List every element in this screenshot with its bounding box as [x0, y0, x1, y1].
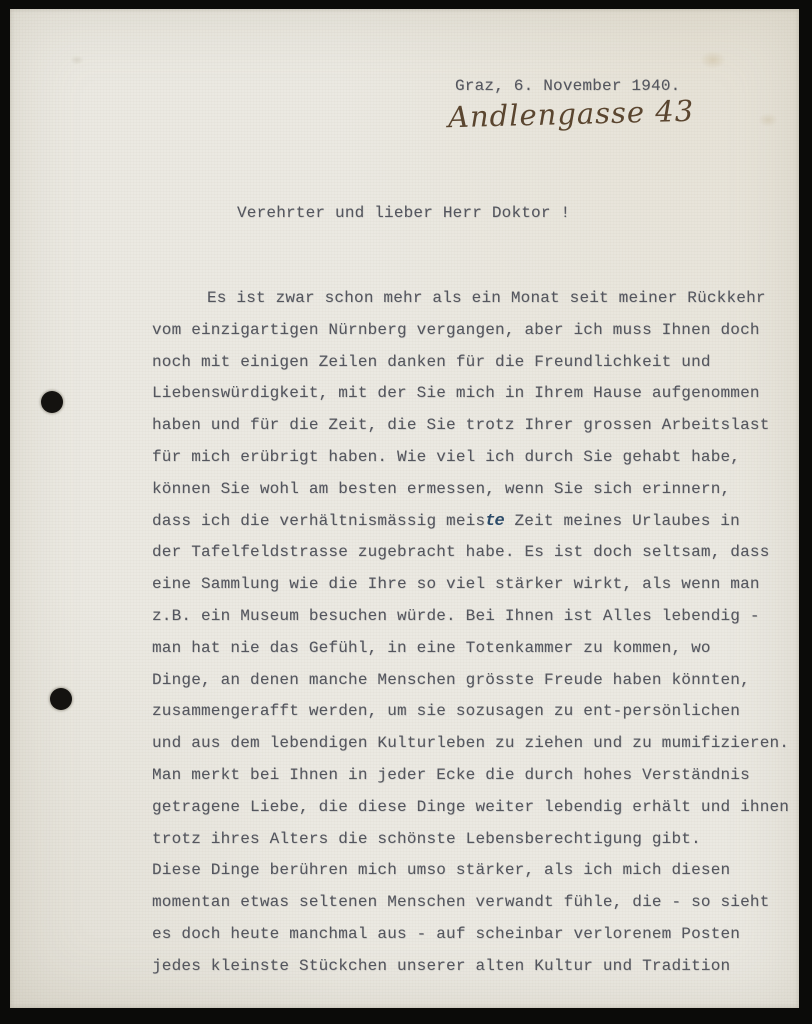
body-line: Liebenswürdigkeit, mit der Sie mich in I…	[152, 378, 802, 410]
body-line: und aus dem lebendigen Kulturleben zu zi…	[152, 728, 802, 760]
body-line: Man merkt bei Ihnen in jeder Ecke die du…	[152, 760, 802, 792]
body-line: zusammengerafft werden, um sie sozusagen…	[152, 696, 802, 728]
handwritten-address: Andlengasse 43	[448, 94, 695, 134]
body-line: haben und für die Zeit, die Sie trotz Ih…	[152, 410, 802, 442]
body-line: es doch heute manchmal aus - auf scheinb…	[152, 919, 802, 951]
ink-correction: te	[485, 512, 503, 531]
salutation: Verehrter und lieber Herr Doktor !	[237, 204, 570, 222]
body-line: für mich erübrigt haben. Wie viel ich du…	[152, 442, 802, 474]
body-line: z.B. ein Museum besuchen würde. Bei Ihne…	[152, 601, 802, 633]
body-line: eine Sammlung wie die Ihre so viel stärk…	[152, 569, 802, 601]
body-line-pre: dass ich die verhältnismässig meis	[152, 512, 485, 530]
letter-body: Es ist zwar schon mehr als ein Monat sei…	[152, 283, 802, 983]
body-line-with-correction: dass ich die verhältnismässig meiste Zei…	[152, 506, 802, 538]
punch-hole-bottom	[50, 688, 72, 710]
body-line: der Tafelfeldstrasse zugebracht habe. Es…	[152, 537, 802, 569]
body-line: noch mit einigen Zeilen danken für die F…	[152, 347, 802, 379]
body-line: momentan etwas seltenen Menschen verwand…	[152, 887, 802, 919]
body-line: jedes kleinste Stückchen unserer alten K…	[152, 951, 802, 983]
body-line: Dinge, an denen manche Menschen grösste …	[152, 665, 802, 697]
letter-scan: Graz, 6. November 1940. Andlengasse 43 V…	[0, 0, 812, 1024]
paper-stain	[700, 51, 726, 69]
body-line: Es ist zwar schon mehr als ein Monat sei…	[152, 283, 802, 315]
body-line: trotz ihres Alters die schönste Lebensbe…	[152, 824, 802, 856]
paper-stain	[758, 113, 778, 127]
body-line: vom einzigartigen Nürnberg vergangen, ab…	[152, 315, 802, 347]
paper-stain	[70, 55, 84, 65]
dateline: Graz, 6. November 1940.	[455, 77, 680, 95]
letter-page: Graz, 6. November 1940. Andlengasse 43 V…	[10, 9, 799, 1008]
body-line: können Sie wohl am besten ermessen, wenn…	[152, 474, 802, 506]
body-line: Diese Dinge berühren mich umso stärker, …	[152, 855, 802, 887]
body-line-post: Zeit meines Urlaubes in	[505, 512, 740, 530]
punch-hole-top	[41, 391, 63, 413]
body-line: getragene Liebe, die diese Dinge weiter …	[152, 792, 802, 824]
body-line: man hat nie das Gefühl, in eine Totenkam…	[152, 633, 802, 665]
